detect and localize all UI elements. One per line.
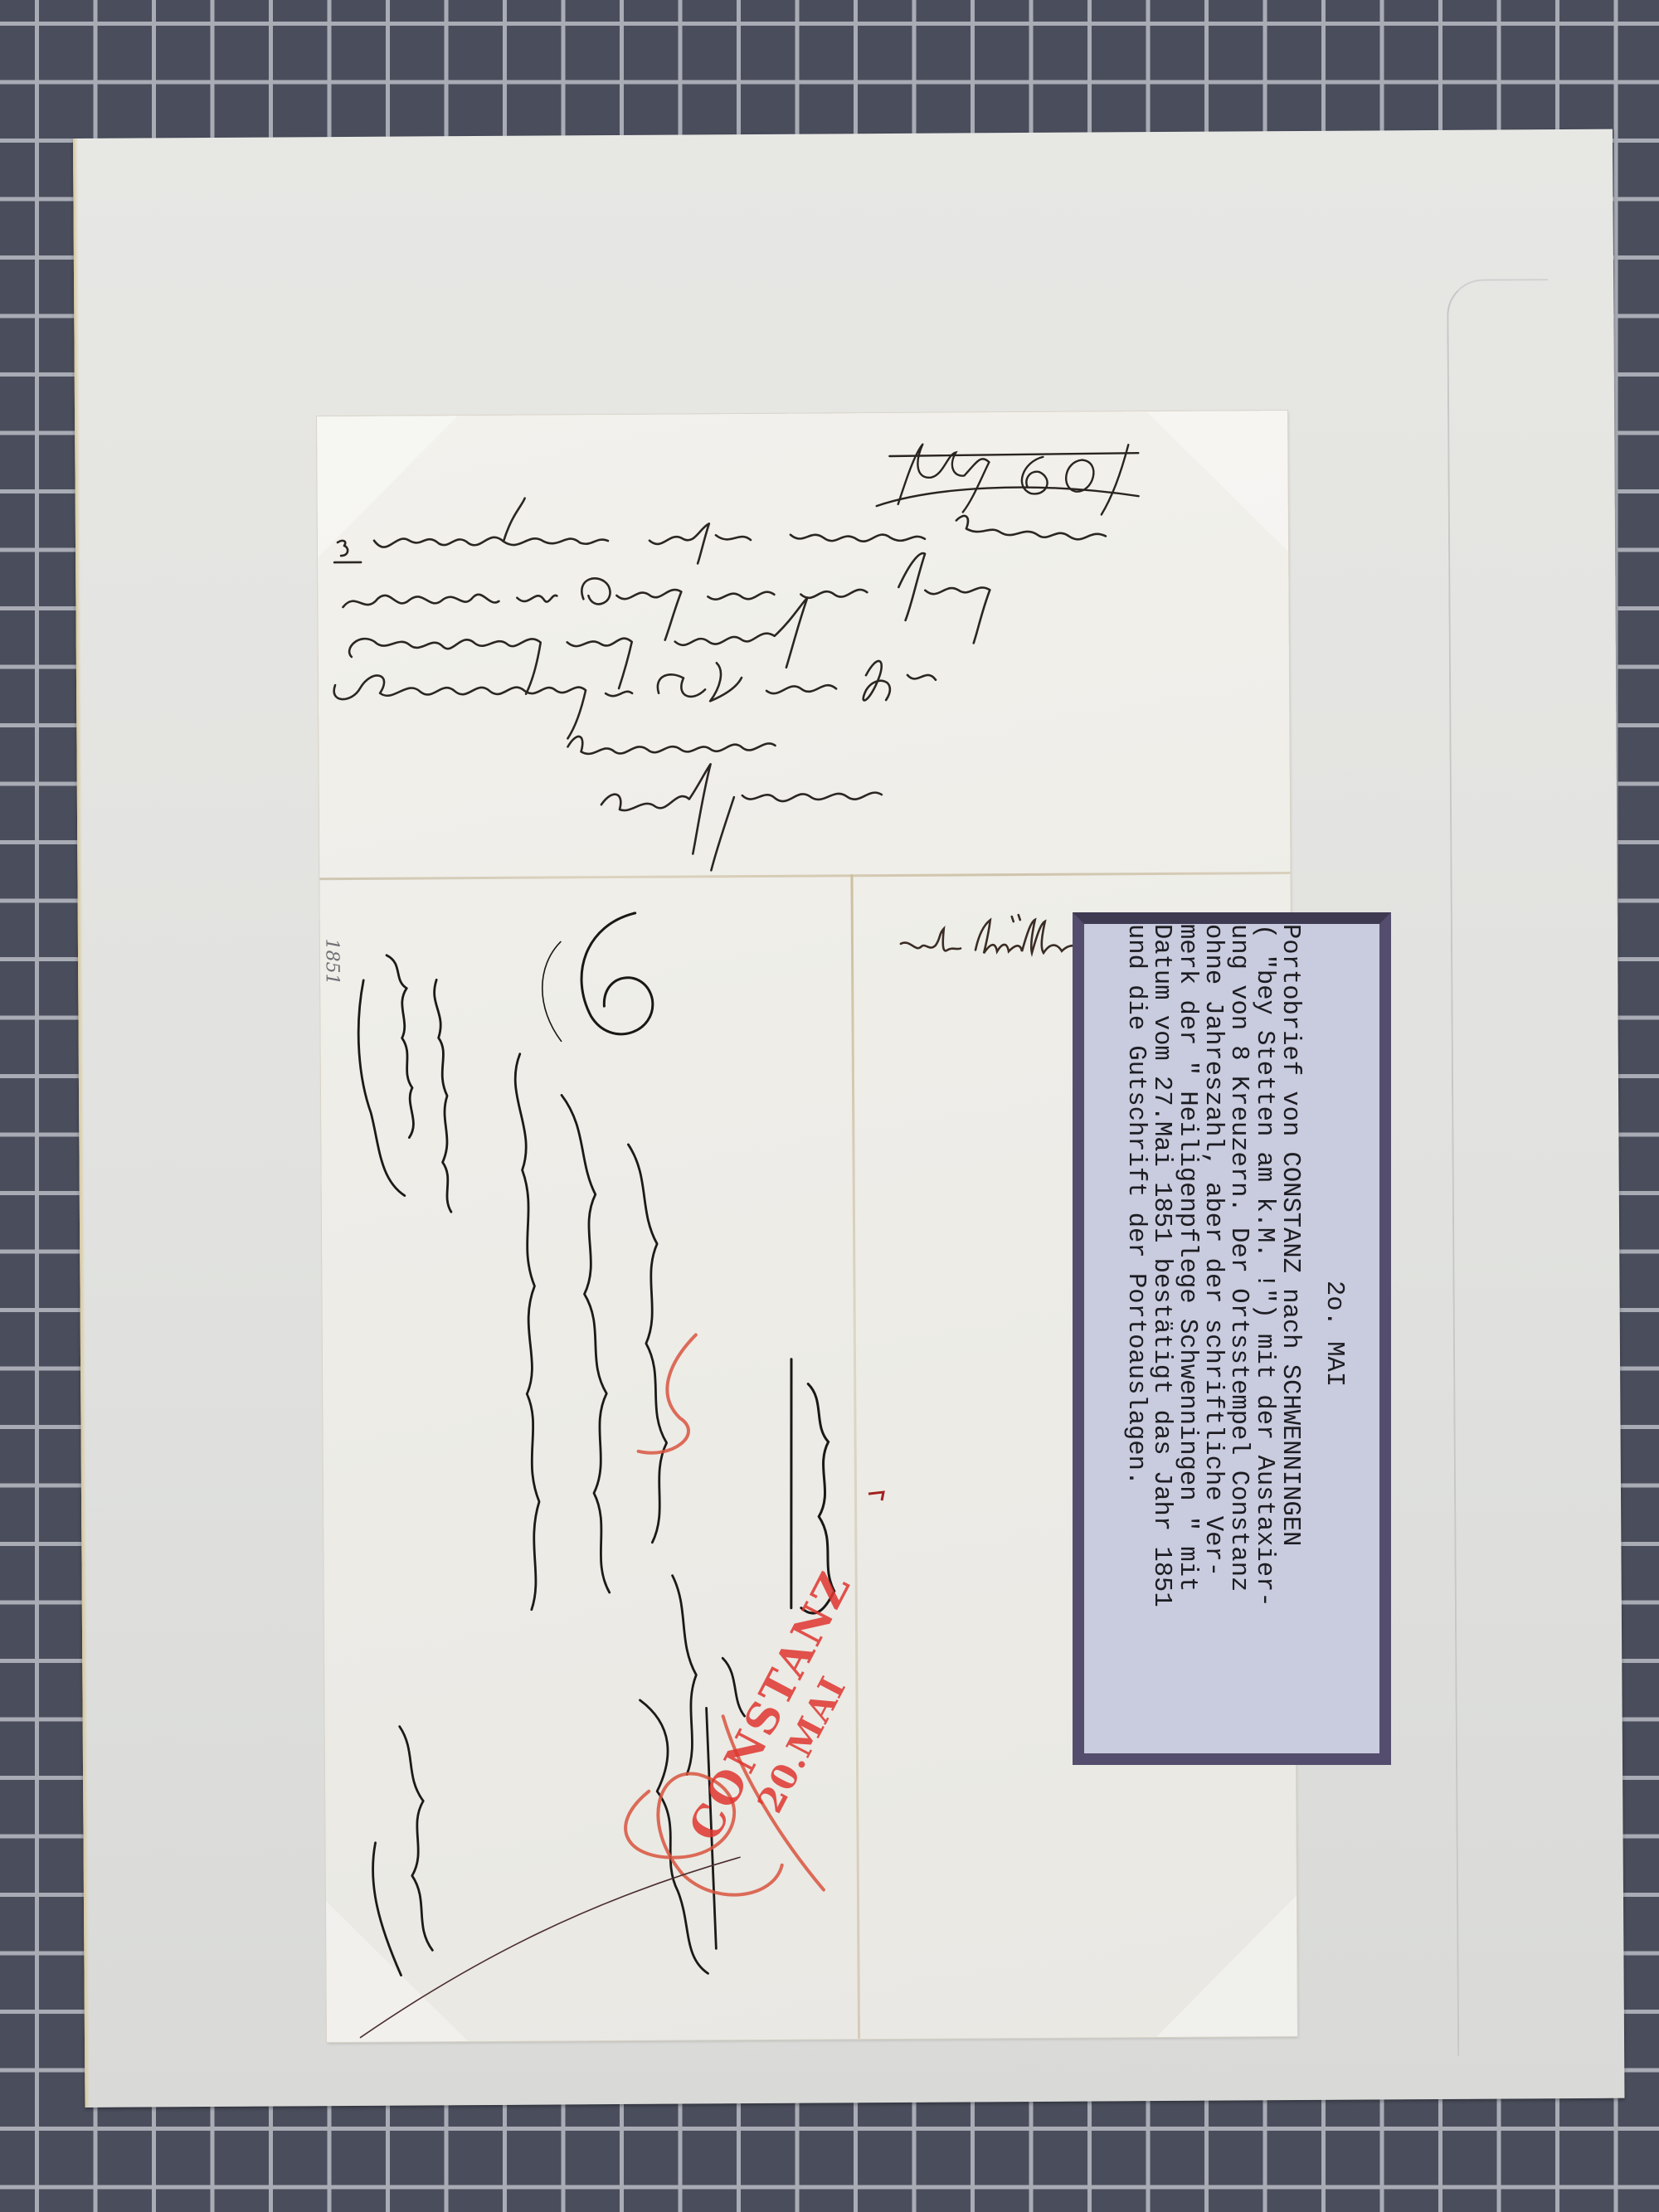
label-line: Datum vom 27.Mai 1851 bestätigt das Jahr… bbox=[1148, 924, 1174, 1753]
corner-mount-bottom-right bbox=[1155, 1895, 1297, 2037]
description-label: 2o. MAI Portobrief von CONSTANZ nach SCH… bbox=[1073, 912, 1391, 1765]
red-ink-mark bbox=[867, 1487, 892, 1504]
label-line: ohne Jahreszahl, aber der schriftliche V… bbox=[1199, 924, 1225, 1753]
label-line: ung von 8 Kreuzern. Der Ortsstempel Cons… bbox=[1225, 924, 1251, 1753]
label-line: ( "bey Stetten am k.M. !") mit der Austa… bbox=[1251, 924, 1277, 1753]
label-line: Portobrief von CONSTANZ nach SCHWENNINGE… bbox=[1277, 924, 1302, 1753]
label-text-block: 2o. MAI Portobrief von CONSTANZ nach SCH… bbox=[1084, 924, 1379, 1753]
album-page: 1851 CONSTANZ 20.MAI bbox=[73, 129, 1624, 2107]
label-title: 2o. MAI bbox=[1321, 924, 1346, 1753]
label-line: und die Gutschrift der Portoauslagen. bbox=[1122, 924, 1148, 1753]
mount-sleeve-edge bbox=[1447, 279, 1559, 2056]
ink-stroke bbox=[326, 1840, 758, 2042]
label-line: merk der " Heiligenpflege Schwenningen "… bbox=[1174, 924, 1199, 1753]
pencil-year-note: 1851 bbox=[321, 939, 342, 985]
handwritten-certification-text bbox=[326, 502, 1266, 897]
